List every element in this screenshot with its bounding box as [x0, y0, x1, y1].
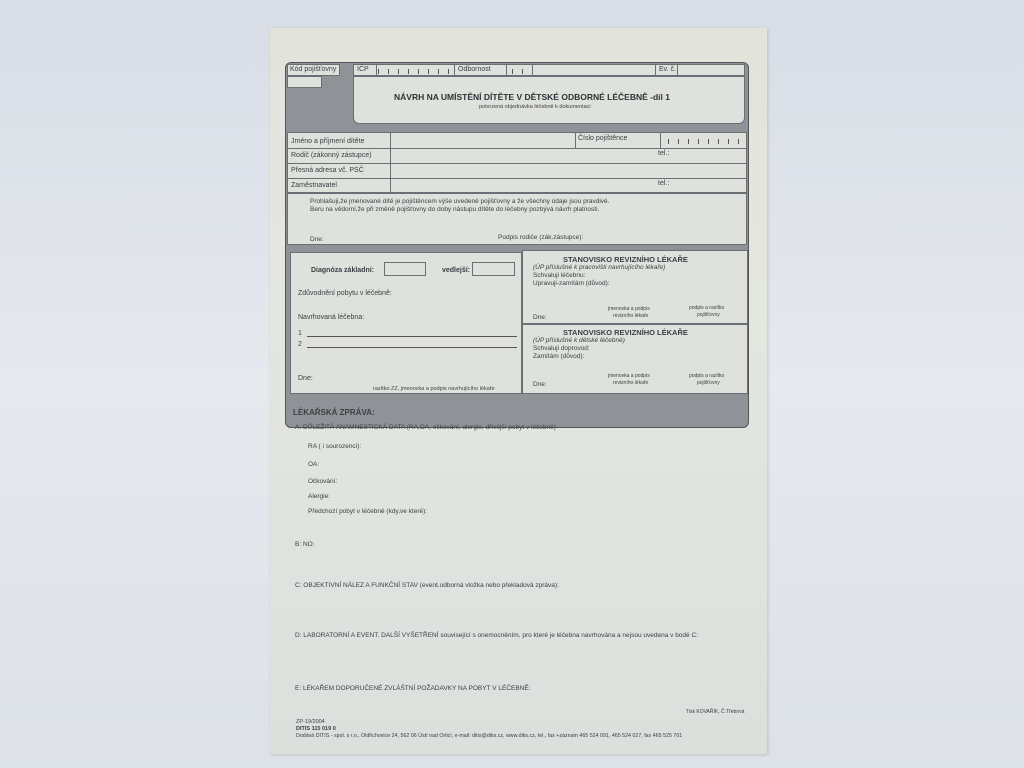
- declaration-block: Prohlašuji,že jmenované dítě je pojištěn…: [287, 193, 747, 245]
- cislo-pojistence-field[interactable]: [668, 136, 758, 144]
- diagnoza-zakladni-field[interactable]: [384, 262, 426, 276]
- form-paper: Kód pojišťovny IČP Odbornost Ev. č. NÁVR…: [270, 28, 767, 754]
- kod-pojistovny-label: Kód pojišťovny: [290, 66, 336, 73]
- zamestnavatel-label: Zaměstnavatel: [291, 182, 337, 189]
- zprava-a: A: DŮLEŽITÁ ANAMNESTICKÁ DATA (RA,OA, oč…: [295, 424, 556, 431]
- declaration-line2: Beru na vědomí,že při změně pojišťovny d…: [310, 206, 599, 213]
- zprava-a-oa: OA:: [308, 461, 319, 468]
- footer-code: ZP-19/2004: [296, 719, 325, 725]
- zprava-d: D: LABORATORNÍ A EVENT. DALŠÍ VYŠETŘENÍ …: [295, 632, 698, 639]
- diagnoza-zakladni-label: Diagnóza základní:: [311, 267, 374, 274]
- revizni-2-jmenovka-1: jmenovka a podpis: [608, 373, 650, 379]
- razitko-zz-label: razítko ZZ, jmenovka a podpis navrhující…: [373, 386, 495, 392]
- zprava-c: C: OBJEKTIVNÍ NÁLEZ A FUNKČNÍ STAV (even…: [295, 582, 559, 589]
- navrhovana-1-label: 1: [298, 330, 302, 337]
- zduvodneni-label: Zdůvodnění pobytu v léčebně:: [298, 290, 392, 297]
- diagnosis-box: Diagnóza základní: vedlejší: Zdůvodnění …: [290, 252, 522, 394]
- revizni-2-note: (ÚP příslušné k dětské léčebně): [533, 337, 625, 344]
- icp-field[interactable]: [378, 66, 458, 74]
- revizni-lekar-1-box: STANOVISKO REVIZNÍHO LÉKAŘE (ÚP příslušn…: [522, 250, 748, 324]
- declaration-line1: Prohlašuji,že jmenované dítě je pojištěn…: [310, 198, 609, 205]
- navrhovana-2-field[interactable]: [307, 347, 517, 348]
- revizni-1-line2: Upravuji-zamítám (důvod):: [533, 280, 610, 287]
- zprava-a-ra: RA ( i sourozenci):: [308, 443, 361, 450]
- revizni-lekar-2-box: STANOVISKO REVIZNÍHO LÉKAŘE (ÚP příslušn…: [522, 324, 748, 394]
- zprava-title: LÉKAŘSKÁ ZPRÁVA:: [293, 408, 375, 417]
- jmeno-field[interactable]: [392, 134, 574, 147]
- footer-tisk: Tisk KOVAŘÍK, Č.Třebová: [686, 709, 744, 715]
- cislo-pojistence-label: Číslo pojištěnce: [578, 135, 627, 142]
- icp-label: IČP: [357, 66, 369, 73]
- diagnosis-dne-label: Dne:: [298, 375, 313, 382]
- kod-pojistovny-label-cell: Kód pojišťovny: [287, 64, 340, 76]
- navrhovana-2-label: 2: [298, 341, 302, 348]
- rodic-field[interactable]: [392, 149, 742, 162]
- title-box: NÁVRH NA UMÍSTĚNÍ DÍTĚTE V DĚTSKÉ ODBORN…: [353, 76, 745, 124]
- tel1-label: tel.:: [658, 150, 669, 157]
- zprava-a-alergie: Alergie:: [308, 493, 330, 500]
- kod-pojistovny-field[interactable]: [287, 76, 322, 88]
- diagnoza-vedlejsi-label: vedlejší:: [442, 267, 470, 274]
- footer-dodava: Dodává DITIS - spol. s r.o., Oldřichovic…: [296, 733, 682, 739]
- form-subtitle: potvrzená objednávka léčebně k dokumenta…: [479, 104, 591, 110]
- revizni-1-razitko-2: pojišťovny: [697, 312, 720, 318]
- revizni-1-jmenovka-2: revizního lékaře: [613, 313, 648, 319]
- jmeno-label: Jméno a příjmení dítěte: [291, 138, 365, 145]
- revizni-2-title: STANOVISKO REVIZNÍHO LÉKAŘE: [563, 328, 688, 337]
- zprava-e: E: LÉKAŘEM DOPORUČENÉ ZVLÁŠTNÍ POŽADAVKY…: [295, 685, 531, 692]
- odbornost-field[interactable]: [512, 66, 542, 74]
- zprava-a-predchozi: Předchozí pobyt v léčebně (kdy,ve které)…: [308, 508, 427, 515]
- revizni-2-razitko-1: podpis a razítko: [689, 373, 724, 379]
- revizni-1-razitko-1: podpis a razítko: [689, 305, 724, 311]
- declaration-dne-label: Dne:: [310, 236, 324, 243]
- ev-c-label: Ev. č.: [659, 66, 676, 73]
- revizni-2-jmenovka-2: revizního lékaře: [613, 380, 648, 386]
- form-title: NÁVRH NA UMÍSTĚNÍ DÍTĚTE V DĚTSKÉ ODBORN…: [394, 92, 670, 102]
- adresa-label: Přesná adresa vč. PSČ: [291, 167, 364, 174]
- rodic-label: Rodič (zákonný zástupce): [291, 152, 372, 159]
- tel2-label: tel.:: [658, 180, 669, 187]
- revizni-1-jmenovka-1: jmenovka a podpis: [608, 306, 650, 312]
- navrhovana-1-field[interactable]: [307, 336, 517, 337]
- revizni-2-line1: Schvaluji doprovod:: [533, 345, 590, 352]
- revizni-1-note: (ÚP příslušné k pracovišti navrhujícího …: [533, 264, 665, 271]
- revizni-2-dne: Dne:: [533, 381, 547, 388]
- navrhovana-label: Navrhovaná léčebna:: [298, 314, 364, 321]
- revizni-1-dne: Dne:: [533, 314, 547, 321]
- adresa-field[interactable]: [392, 164, 742, 177]
- zprava-b: B: NO:: [295, 541, 315, 548]
- revizni-2-line2: Zamítám (důvod):: [533, 353, 584, 360]
- personal-block: Jméno a příjmení dítěte Číslo pojištěnce…: [287, 132, 747, 193]
- revizni-1-title: STANOVISKO REVIZNÍHO LÉKAŘE: [563, 255, 688, 264]
- revizni-2-razitko-2: pojišťovny: [697, 380, 720, 386]
- declaration-podpis-label: Podpis rodiče (zák.zástupce):: [498, 234, 583, 241]
- footer-ditis: DITIS 115 019 0: [296, 726, 336, 732]
- revizni-1-line1: Schvaluji léčebnu:: [533, 272, 585, 279]
- header-row: IČP Odbornost Ev. č.: [353, 64, 745, 76]
- zamestnavatel-field[interactable]: [392, 179, 652, 192]
- odbornost-label: Odbornost: [458, 66, 491, 73]
- zprava-a-ockovani: Očkování:: [308, 478, 337, 485]
- diagnoza-vedlejsi-field[interactable]: [472, 262, 515, 276]
